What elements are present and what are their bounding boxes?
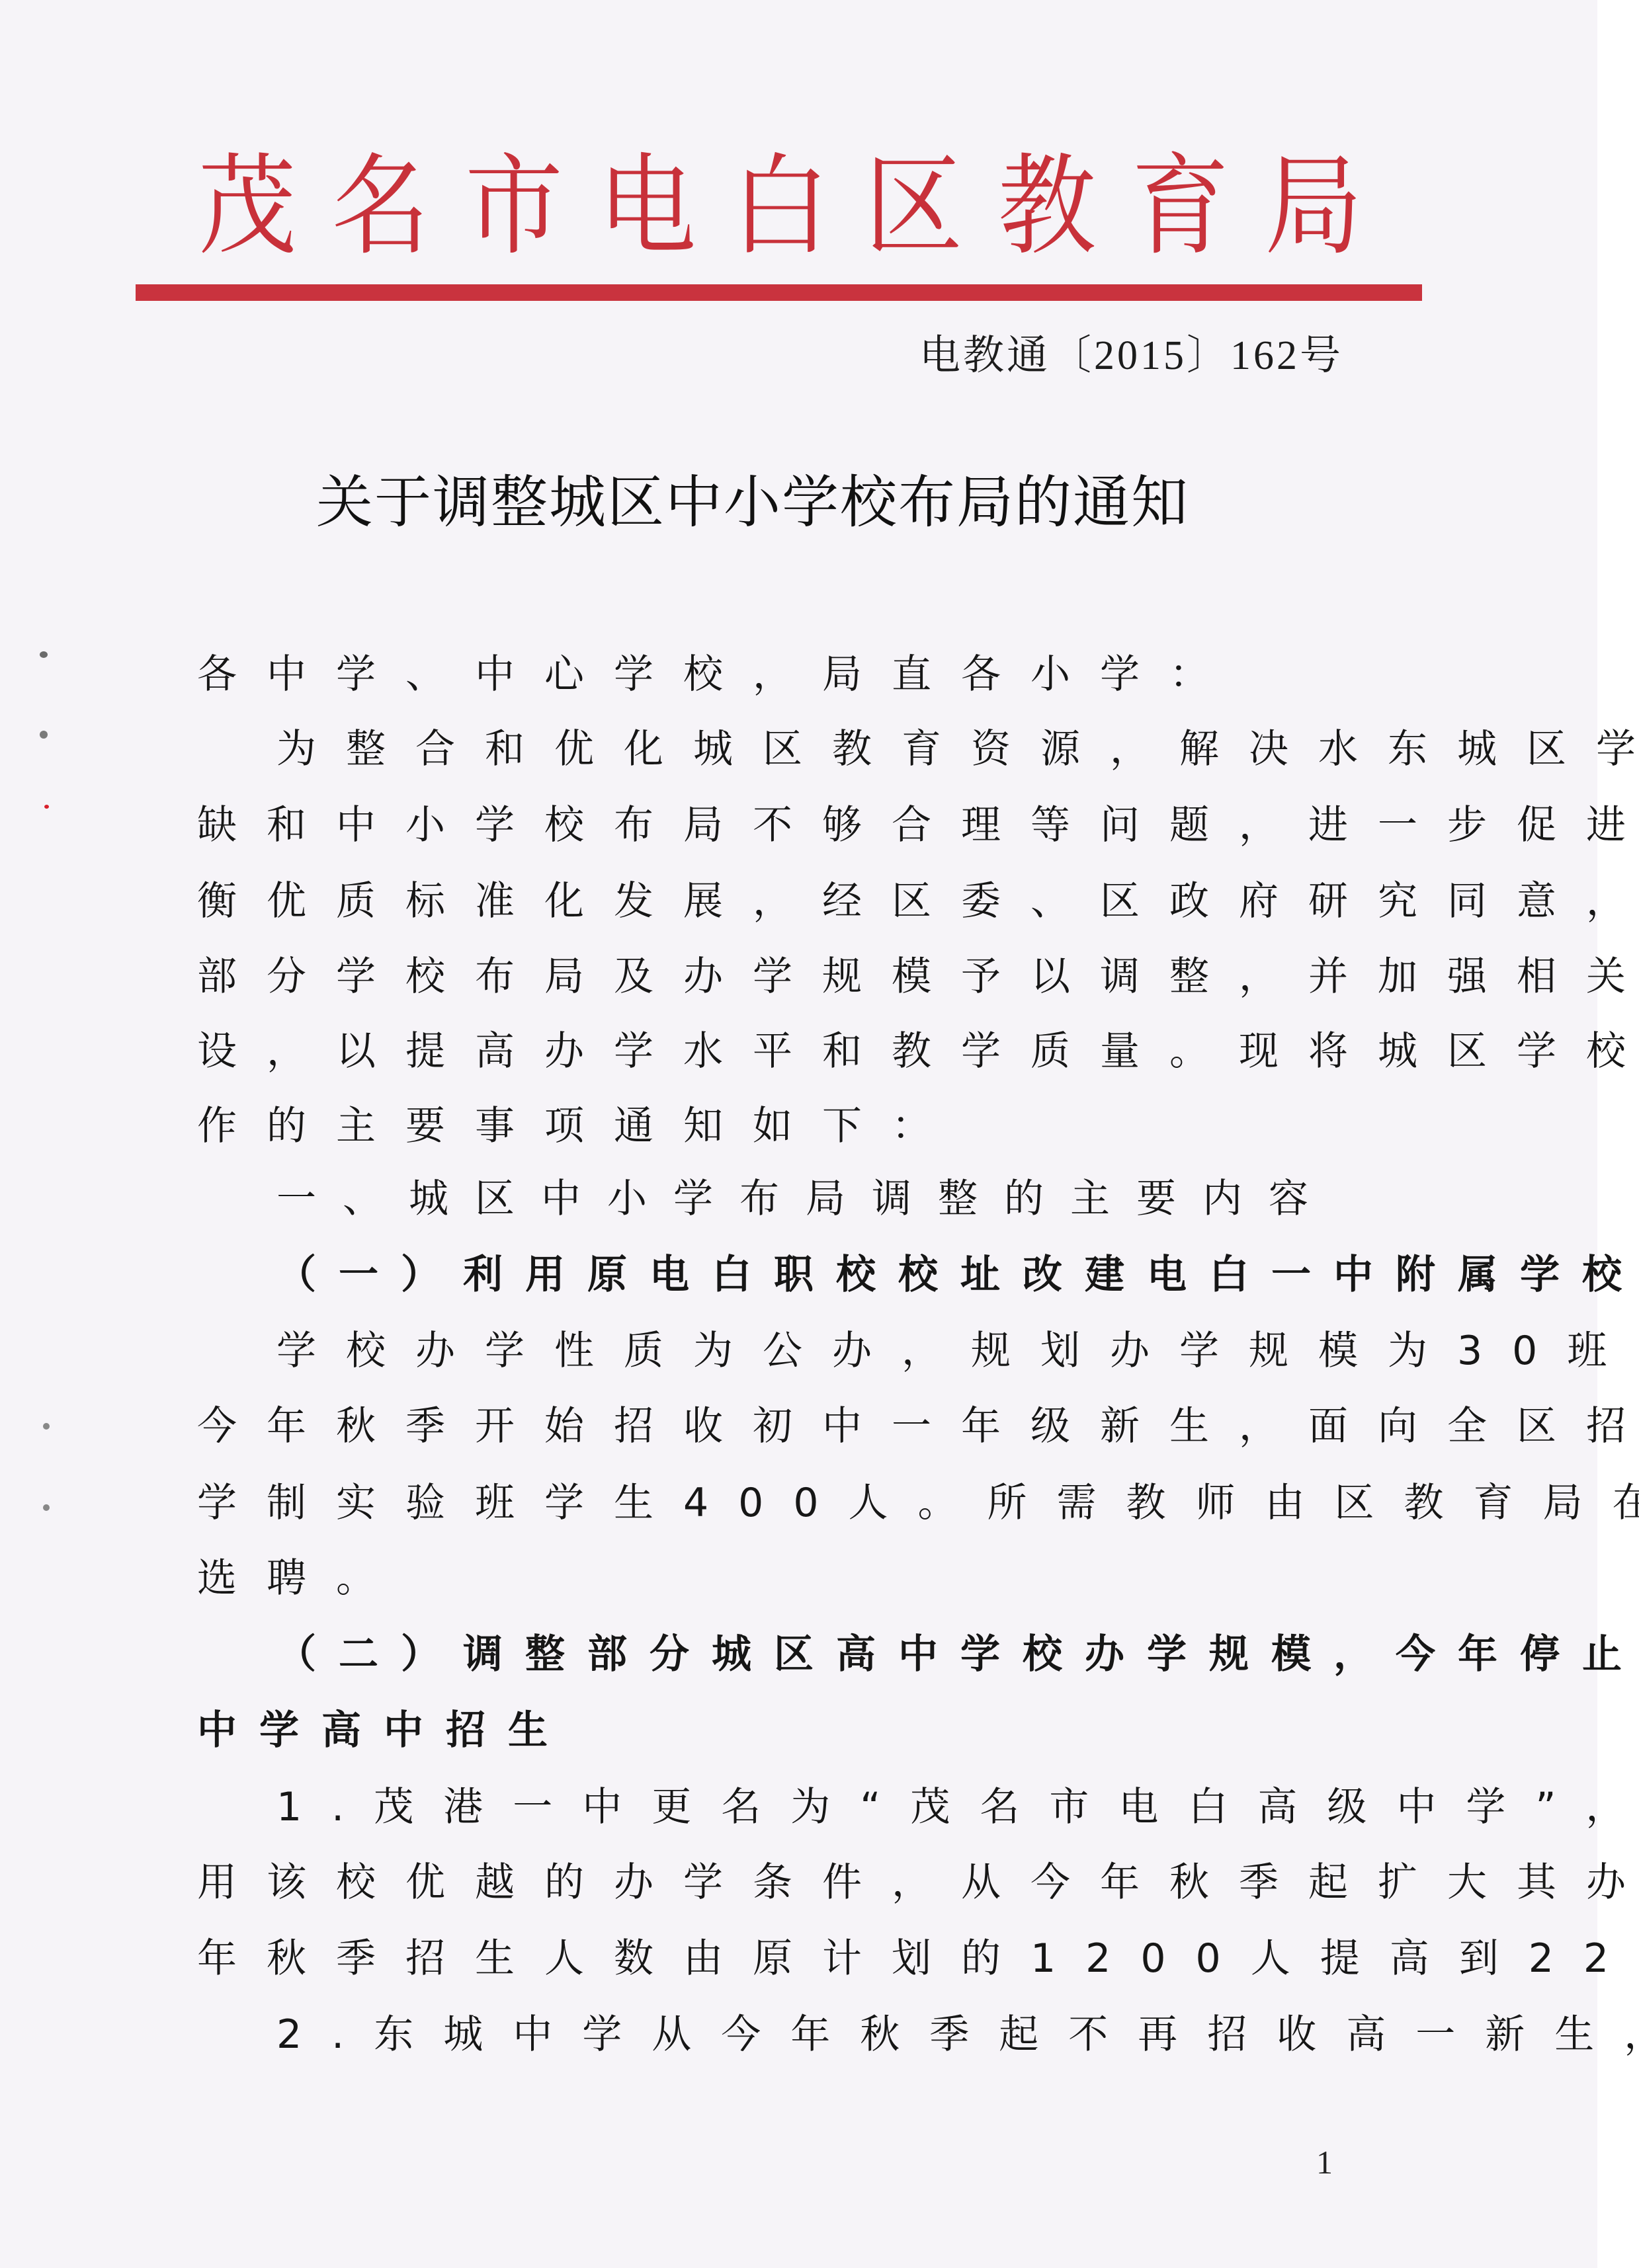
subsection-heading-2-cont: 中学高中招生 <box>197 1701 1335 1760</box>
subsection-heading-1: （一）利用原电白职校校址改建电白一中附属学校 <box>276 1245 1414 1305</box>
letterhead-red-rule <box>136 284 1422 301</box>
letterhead-char: 市 <box>465 147 563 265</box>
body-line: 2.东城中学从今年秋季起不再招收高一新生，逐步撤消 <box>276 2005 1414 2064</box>
body-line: 用该校优越的办学条件，从今年秋季起扩大其办学规模，今 <box>197 1853 1335 1912</box>
document-page: 茂 名 市 电 白 区 教 育 局 电教通〔2015〕162号 关于调整城区中小… <box>0 0 1597 2268</box>
subsection-heading-2: （二）调整部分城区高中学校办学规模，今年停止东城 <box>276 1625 1414 1684</box>
body-line: 缺和中小学校布局不够合理等问题，进一步促进城区教育均 <box>197 795 1335 855</box>
body-line: 1.茂港一中更名为“茂名市电白高级中学”，为充分利 <box>276 1777 1414 1837</box>
notice-title: 关于调整城区中小学校布局的通知 <box>316 466 1242 539</box>
scan-speck <box>40 731 48 739</box>
scan-speck <box>44 805 49 809</box>
letterhead-char: 育 <box>1132 147 1230 265</box>
document-number: 电教通〔2015〕162号 <box>919 329 1343 382</box>
scan-speck <box>40 651 48 658</box>
scan-speck <box>43 1423 50 1430</box>
body-line: 选聘。 <box>197 1549 1335 1608</box>
letterhead-char: 茂 <box>198 147 296 265</box>
page-number: 1 <box>1316 2142 1333 2182</box>
body-line: 学校办学性质为公办，规划办学规模为30班1500人。 <box>276 1321 1414 1381</box>
body-line: 设，以提高办学水平和教学质量。现将城区学校布局调整工 <box>197 1022 1335 1081</box>
letterhead-char: 白 <box>732 147 829 265</box>
body-line: 作的主要事项通知如下： <box>197 1096 1335 1156</box>
letterhead-organization: 茂 名 市 电 白 区 教 育 局 <box>198 153 1363 259</box>
body-line: 学制实验班学生400人。所需教师由区教育局在全区调配或 <box>197 1473 1335 1533</box>
body-line: 年秋季招生人数由原计划的1200人提高到2200人。 <box>197 1929 1335 1988</box>
letterhead-char: 区 <box>865 147 963 265</box>
body-line: 部分学校布局及办学规模予以调整，并加强相关学校的建 <box>197 947 1335 1006</box>
body-line: 衡优质标准化发展，经区委、区政府研究同意，决定对城区 <box>197 871 1335 931</box>
body-line: 今年秋季开始招收初中一年级新生，面向全区招收“2+4” <box>197 1397 1335 1456</box>
salutation: 各中学、中心学校，局直各小学： <box>197 645 1335 704</box>
letterhead-char: 名 <box>332 147 430 265</box>
scan-speck <box>43 1504 50 1511</box>
body-line: 为整合和优化城区教育资源，解决水东城区学位严重紧 <box>276 719 1414 779</box>
letterhead-char: 电 <box>599 147 696 265</box>
section-heading-1: 一、城区中小学布局调整的主要内容 <box>276 1169 1414 1229</box>
letterhead-char: 教 <box>998 147 1096 265</box>
letterhead-char: 局 <box>1265 147 1363 265</box>
